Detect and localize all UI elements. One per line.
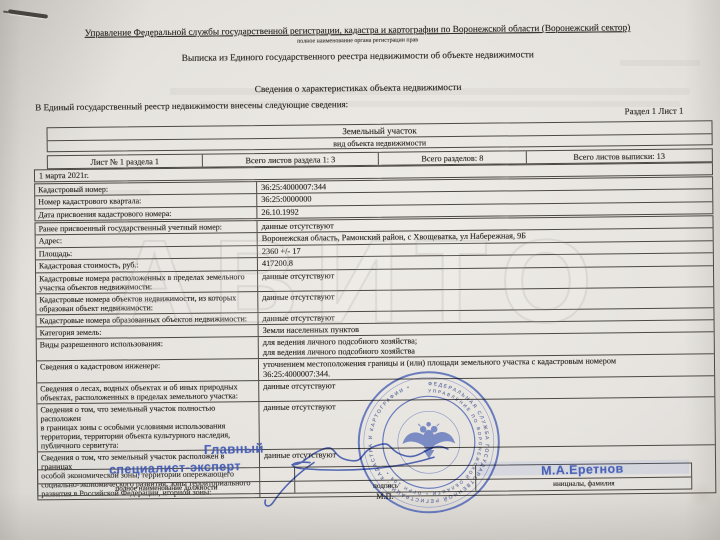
row-label: Дата присвоения кадастрового номера:	[35, 207, 257, 221]
row-label: Кадастровая стоимость, руб.:	[36, 258, 258, 272]
row-label: Площадь:	[36, 246, 258, 260]
cadastral-table: Кадастровый номер: 36:25:4000007:344 Ном…	[34, 176, 713, 221]
row-label: Сведения о кадастровом инженере:	[37, 359, 259, 382]
signature-scribble	[252, 431, 463, 513]
intro-line: В Единый государственный реестр недвижим…	[35, 99, 348, 112]
scanned-document-photo: Управление Федеральной службы государств…	[0, 0, 720, 540]
row-label: Кадастровые номера образованных объектов…	[36, 313, 258, 327]
row-label: Категория земель:	[37, 325, 259, 339]
name-stamp: М.А.Еретнов	[541, 462, 624, 478]
sheet-info-cell: Всего листов раздела 1: 3	[202, 153, 379, 167]
row-label: Адрес:	[36, 233, 258, 247]
document-title: Выписка из Единого государственного реес…	[0, 48, 718, 66]
sheet-info-cell: Всего разделов: 8	[379, 151, 527, 165]
row-label: Номер кадастрового квартала:	[35, 194, 257, 208]
row-label: Кадастровый номер:	[35, 182, 257, 196]
section-sheet-label: Раздел 1 Лист 1	[625, 106, 684, 117]
row-label: Сведения о лесах, водных объектах и об и…	[37, 381, 259, 403]
ink-stain	[688, 482, 716, 508]
section-title: Сведения о характеристиках объекта недви…	[0, 80, 718, 98]
object-kind-table: Земельный участок вид объекта недвижимос…	[46, 120, 712, 152]
sheet-info-cell: Лист № 1 раздела 1	[48, 155, 203, 169]
name-caption: инициалы, фамилия	[476, 478, 691, 491]
row-label: Ранее присвоенный государственный учетны…	[35, 221, 257, 235]
document-content: Управление Федеральной службы государств…	[0, 0, 720, 540]
row-label: Кадастровые номера объектов недвижимости…	[36, 292, 258, 314]
row-label: Кадастровые номера расположенных в преде…	[36, 271, 258, 293]
name-stamp-wash: М.А.Еретнов	[476, 460, 689, 476]
sheet-info-cell: Всего листов выписки: 13	[526, 149, 711, 163]
row-label: Виды разрешенного использования:	[37, 337, 259, 360]
